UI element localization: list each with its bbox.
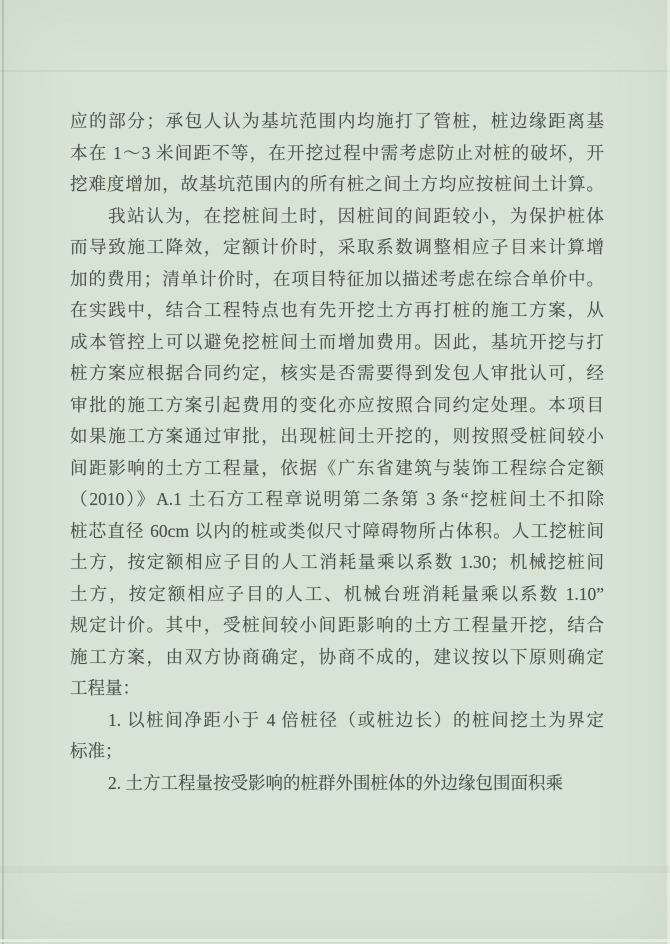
text-line: 标准； <box>70 736 604 768</box>
text-line: 挖难度增加，故基坑范围内的所有桩之间土方均应按桩间土计算。 <box>70 169 604 201</box>
text-line: 2. 土方工程量按受影响的桩群外围桩体的外边缘包围面积乘 <box>70 768 604 800</box>
text-line: 我站认为，在挖桩间土时，因桩间的间距较小，为保护桩体 <box>70 201 604 233</box>
scan-edge-left <box>2 0 4 944</box>
scan-smudge <box>0 866 670 873</box>
text-line: 土方，按定额相应子目的人工、机械台班消耗量乘以系数 1.10” <box>70 579 604 611</box>
text-line: 应的部分；承包人认为基坑范围内均施打了管桩，桩边缘距离基 <box>70 106 604 138</box>
text-line: 土方，按定额相应子目的人工消耗量乘以系数 1.30；机械挖桩间 <box>70 547 604 579</box>
scan-crease-line <box>0 70 670 72</box>
text-line: 如果施工方案通过审批，出现桩间土开挖的，则按照受桩间较小 <box>70 421 604 453</box>
text-line: 施工方案，由双方协商确定，协商不成的，建议按以下原则确定 <box>70 642 604 674</box>
text-line: 成本管控上可以避免挖桩间土而增加费用。因此，基坑开挖与打 <box>70 327 604 359</box>
text-line: 而导致施工降效，定额计价时，采取系数调整相应子目来计算增 <box>70 232 604 264</box>
scan-edge-bottom <box>0 939 670 942</box>
text-line: 加的费用；清单计价时，在项目特征加以描述考虑在综合单价中。 <box>70 264 604 296</box>
text-line: 在实践中，结合工程特点也有先开挖土方再打桩的施工方案，从 <box>70 295 604 327</box>
text-line: 工程量： <box>70 673 604 705</box>
text-line: 本在 1～3 米间距不等，在开挖过程中需考虑防止对桩的破坏，开 <box>70 138 604 170</box>
text-line: 间距影响的土方工程量，依据《广东省建筑与装饰工程综合定额 <box>70 453 604 485</box>
text-line: （2010）》A.1 土石方工程章说明第二条第 3 条“挖桩间土不扣除 <box>70 484 604 516</box>
text-line: 审批的施工方案引起费用的变化亦应按照合同约定处理。本项目 <box>70 390 604 422</box>
text-line: 规定计价。其中，受桩间较小间距影响的土方工程量开挖，结合 <box>70 610 604 642</box>
text-line: 桩方案应根据合同约定，核实是否需要得到发包人审批认可，经 <box>70 358 604 390</box>
text-line: 桩芯直径 60cm 以内的桩或类似尺寸障碍物所占体积。人工挖桩间 <box>70 516 604 548</box>
document-text: 应的部分；承包人认为基坑范围内均施打了管桩，桩边缘距离基 本在 1～3 米间距不… <box>70 106 604 799</box>
scanned-page: 应的部分；承包人认为基坑范围内均施打了管桩，桩边缘距离基 本在 1～3 米间距不… <box>0 0 670 944</box>
text-line: 1. 以桩间净距小于 4 倍桩径（或桩边长）的桩间挖土为界定 <box>70 705 604 737</box>
